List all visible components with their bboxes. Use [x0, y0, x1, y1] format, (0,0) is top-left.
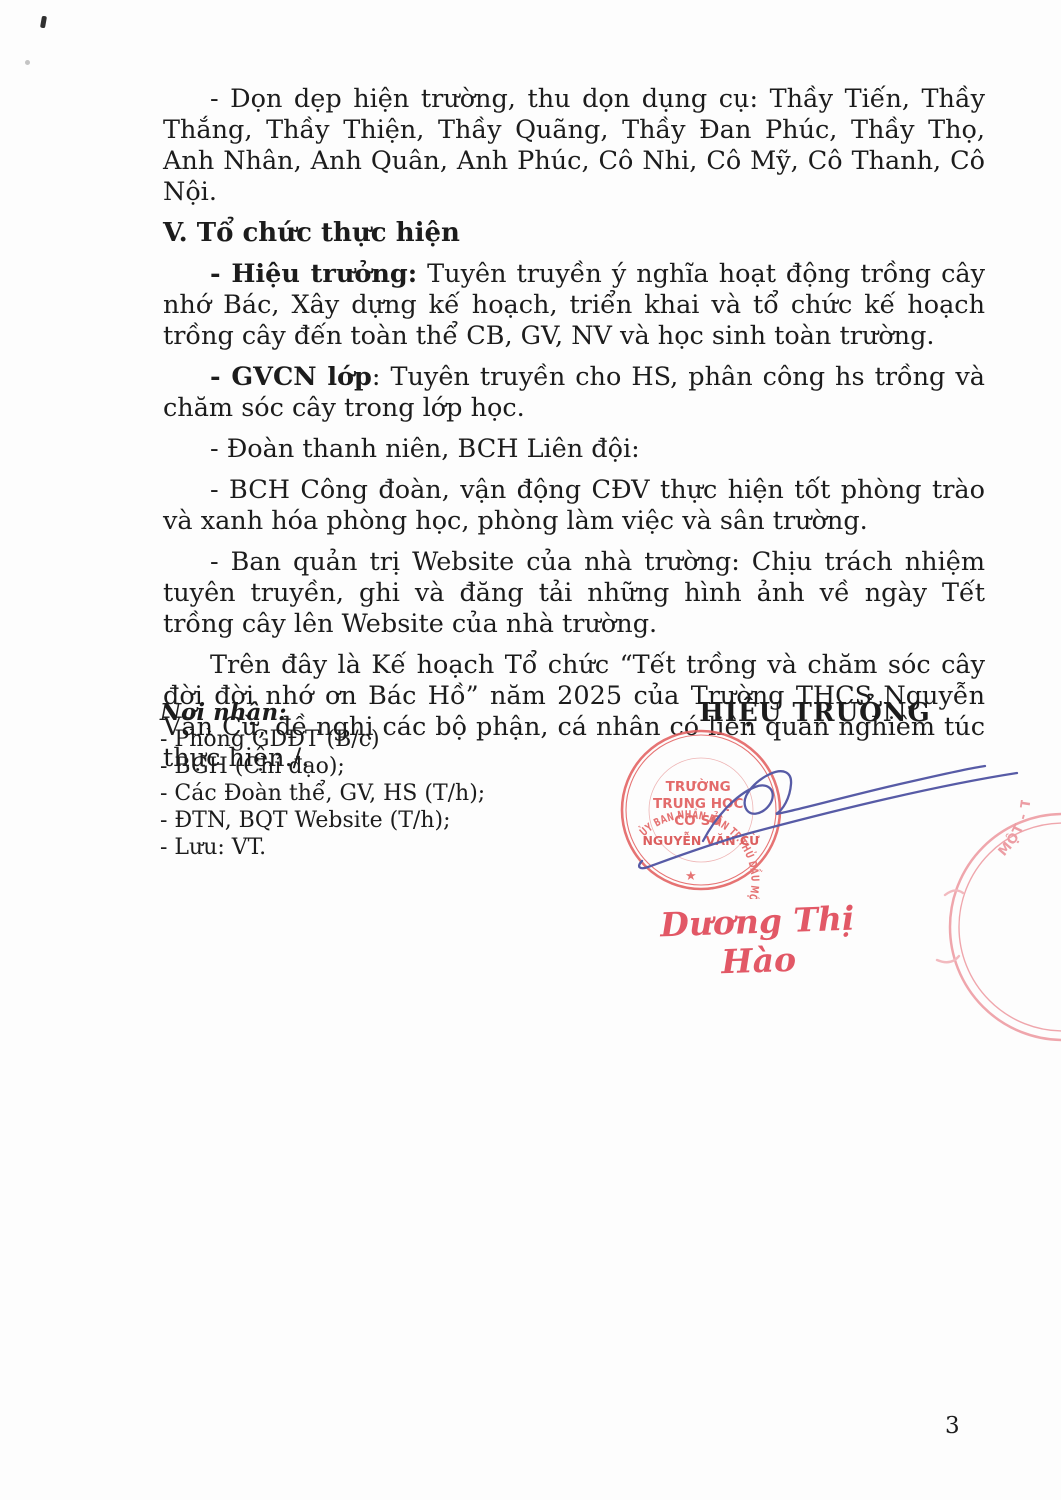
paragraph-lead: - GVCN lớp — [210, 362, 372, 392]
document-body: - Dọn dẹp hiện trường, thu dọn dụng cụ: … — [163, 84, 985, 784]
partial-stamp: MỘT - T.BÌNH DƯƠNG — [925, 800, 1061, 1055]
signer-name: Dương Thị Hào — [647, 898, 870, 984]
paragraph-hieu-truong: - Hiệu trưởng: Tuyên truyền ý nghĩa hoạt… — [163, 259, 985, 352]
document-page: - Dọn dẹp hiện trường, thu dọn dụng cụ: … — [0, 0, 1061, 1500]
recipient-line: - ĐTN, BQT Website (T/h); — [160, 807, 485, 834]
paragraph-text: - Dọn dẹp hiện trường, thu dọn dụng cụ: … — [163, 84, 985, 207]
page-number: 3 — [945, 1413, 960, 1439]
signer-role-title: HIỆU TRƯỞNG — [690, 698, 940, 728]
recipients-title: Nơi nhận: — [160, 699, 485, 726]
paragraph-text: - Ban quản trị Website của nhà trường: C… — [163, 547, 985, 639]
recipient-line: - Các Đoàn thể, GV, HS (T/h); — [160, 780, 485, 807]
section-heading: V. Tổ chức thực hiện — [163, 218, 985, 249]
paragraph-cleanup: - Dọn dẹp hiện trường, thu dọn dụng cụ: … — [163, 84, 985, 208]
paragraph-cong-doan: - BCH Công đoàn, vận động CĐV thực hiện … — [163, 475, 985, 537]
paragraph-lead: - Hiệu trưởng: — [210, 259, 417, 289]
paragraph-doan-thanh-nien: - Đoàn thanh niên, BCH Liên đội: — [163, 434, 985, 465]
recipients-block: Nơi nhận: - Phòng GDĐT (B/c) - BGH (Chỉ … — [160, 699, 485, 861]
paragraph-website: - Ban quản trị Website của nhà trường: C… — [163, 547, 985, 640]
scan-artifact — [40, 16, 47, 29]
paragraph-text: - BCH Công đoàn, vận động CĐV thực hiện … — [163, 475, 985, 536]
recipient-line: - Lưu: VT. — [160, 834, 485, 861]
scan-artifact — [25, 60, 30, 65]
recipient-line: - BGH (Chỉ đạo); — [160, 753, 485, 780]
paragraph-gvcn: - GVCN lớp: Tuyên truyền cho HS, phân cô… — [163, 362, 985, 424]
paragraph-text: - Đoàn thanh niên, BCH Liên đội: — [210, 434, 640, 464]
recipient-line: - Phòng GDĐT (B/c) — [160, 726, 485, 753]
